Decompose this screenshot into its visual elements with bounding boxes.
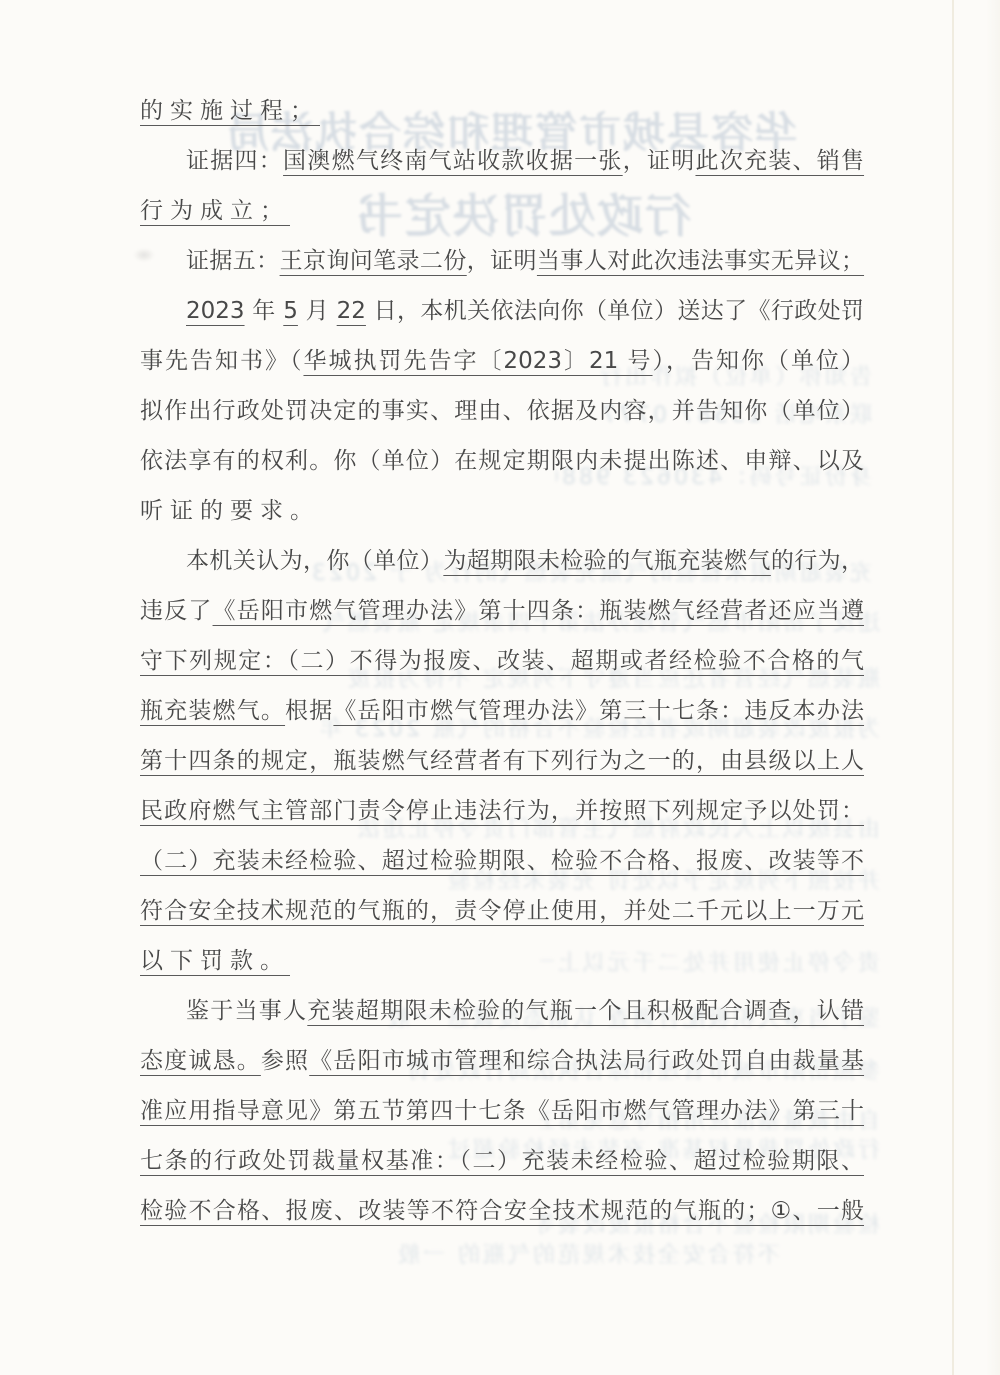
text-segment: 拟作出行政处罚决定的事实、理由、依据及内容，并告知你（单位）	[140, 398, 864, 424]
text-segment: 证据五：	[186, 248, 280, 274]
text-line: 证据五：王京询问笔录二份，证明当事人对此次违法事实无异议；	[140, 236, 864, 286]
scan-edge-line	[952, 0, 954, 1375]
document-text: 的实施过程；证据四：国澳燃气终南气站收款收据一张，证明此次充装、销售行为成立；证…	[140, 86, 864, 1236]
text-line: 违反了《岳阳市燃气管理办法》第十四条：瓶装燃气经营者还应当遵	[140, 586, 864, 636]
text-segment: 根据	[285, 698, 333, 724]
text-segment: ，证明	[623, 148, 696, 174]
underlined-text-segment: 守下列规定：（二）不得为报废、改装、超期或者经检验不合格的气	[140, 648, 864, 674]
text-line: 本机关认为，你（单位）为超期限未检验的气瓶充装燃气的行为，	[140, 536, 864, 586]
scanned-page: 华容县城市管理和综合执法局行政处罚决定书告知你（单位）拟作出行政处罚决定联系电话…	[0, 0, 1000, 1375]
text-line: 七条的行政处罚裁量权基准：（二）充装未经检验、超过检验期限、	[140, 1136, 864, 1186]
text-line: 2023 年 5 月 22 日，本机关依法向你（单位）送达了《行政处罚	[140, 286, 864, 336]
scan-smudge	[133, 248, 155, 262]
text-line: 态度诚恳。参照《岳阳市城市管理和综合执法局行政处罚自由裁量基	[140, 1036, 864, 1086]
underlined-text-segment: 充装超期限未检验的气瓶一个且积极配合调查，认错	[307, 998, 864, 1024]
underlined-text-segment: 王京询问笔录二份	[280, 248, 467, 274]
underlined-text-segment: 22	[337, 298, 366, 324]
text-line: 的实施过程；	[140, 86, 864, 136]
underlined-text-segment: 《岳阳市燃气管理办法》第十四条：瓶装燃气经营者还应当遵	[213, 598, 864, 624]
scan-edge-shade	[986, 0, 1000, 1375]
text-line: 以下罚款。	[140, 936, 864, 986]
underlined-text-segment: 符合安全技术规范的气瓶的，责令停止使用，并处二千元以上一万元	[140, 898, 864, 924]
underlined-text-segment: 5	[283, 298, 298, 324]
underlined-text-segment: 第十四条的规定，瓶装燃气经营者有下列行为之一的，由县级以上人	[140, 748, 864, 774]
text-line: 证据四：国澳燃气终南气站收款收据一张，证明此次充装、销售	[140, 136, 864, 186]
text-line: 行为成立；	[140, 186, 864, 236]
underlined-text-segment: 行为成立；	[140, 198, 290, 224]
text-line: 瓶充装燃气。根据《岳阳市燃气管理办法》第三十七条：违反本办法	[140, 686, 864, 736]
text-segment: 听证的要求。	[140, 498, 320, 524]
underlined-text-segment: 华城执罚先告字〔2023〕21 号	[303, 348, 652, 374]
underlined-text-segment: 准应用指导意见》第五节第四十七条《岳阳市燃气管理办法》第三十	[140, 1098, 864, 1124]
text-segment: 事先告知书》（	[140, 348, 303, 374]
underlined-text-segment: 检验不合格、报废、改装等不符合安全技术规范的气瓶的；①、一般	[140, 1198, 864, 1224]
underlined-text-segment: （二）充装未经检验、超过检验期限、检验不合格、报废、改装等不	[140, 848, 864, 874]
text-segment: 违反了	[140, 598, 213, 624]
underlined-text-segment: 当事人对此次违法事实无异议；	[537, 248, 864, 274]
underlined-text-segment: 国澳燃气终南气站收款收据一张	[283, 148, 623, 174]
text-segment: ），告知你（单位）	[653, 348, 864, 374]
text-line: 拟作出行政处罚决定的事实、理由、依据及内容，并告知你（单位）	[140, 386, 864, 436]
underlined-text-segment: 的实施过程；	[140, 98, 320, 124]
text-line: 听证的要求。	[140, 486, 864, 536]
text-line: 民政府燃气主管部门责令停止违法行为，并按照下列规定予以处罚：	[140, 786, 864, 836]
underlined-text-segment: 瓶充装燃气。	[140, 698, 285, 724]
underlined-text-segment: 态度诚恳。	[140, 1048, 261, 1074]
text-segment: 鉴于当事人	[186, 998, 307, 1024]
text-segment: 参照	[261, 1048, 309, 1074]
text-line: 第十四条的规定，瓶装燃气经营者有下列行为之一的，由县级以上人	[140, 736, 864, 786]
bleedthrough-line: 不符合安全技术规范的气瓶的 一般	[300, 1238, 780, 1269]
text-segment: 月	[298, 298, 337, 324]
text-line: 守下列规定：（二）不得为报废、改装、超期或者经检验不合格的气	[140, 636, 864, 686]
text-segment: ，证明	[467, 248, 537, 274]
underlined-text-segment: 此次充装、销售	[695, 148, 864, 174]
underlined-text-segment: 《岳阳市燃气管理办法》第三十七条：违反本办法	[333, 698, 864, 724]
text-line: 符合安全技术规范的气瓶的，责令停止使用，并处二千元以上一万元	[140, 886, 864, 936]
text-line: 事先告知书》（华城执罚先告字〔2023〕21 号），告知你（单位）	[140, 336, 864, 386]
underlined-text-segment: 民政府燃气主管部门责令停止违法行为，并按照下列规定予以处罚：	[140, 798, 864, 824]
text-segment: 日，本机关依法向你（单位）送达了《行政处罚	[366, 298, 864, 324]
text-segment: 的行为，	[771, 548, 864, 574]
text-segment: 本机关认为，你（单位）	[186, 548, 443, 574]
text-line: 准应用指导意见》第五节第四十七条《岳阳市燃气管理办法》第三十	[140, 1086, 864, 1136]
underlined-text-segment: 以下罚款。	[140, 948, 290, 974]
text-line: 依法享有的权利。你（单位）在规定期限内未提出陈述、申辩、以及	[140, 436, 864, 486]
text-line: （二）充装未经检验、超过检验期限、检验不合格、报废、改装等不	[140, 836, 864, 886]
underlined-text-segment: 为超期限未检验的气瓶充装燃气	[443, 548, 771, 574]
text-line: 鉴于当事人充装超期限未检验的气瓶一个且积极配合调查，认错	[140, 986, 864, 1036]
underlined-text-segment: 《岳阳市城市管理和综合执法局行政处罚自由裁量基	[309, 1048, 864, 1074]
text-line: 检验不合格、报废、改装等不符合安全技术规范的气瓶的；①、一般	[140, 1186, 864, 1236]
underlined-text-segment: 2023	[186, 298, 245, 324]
text-segment: 依法享有的权利。你（单位）在规定期限内未提出陈述、申辩、以及	[140, 448, 864, 474]
text-segment: 证据四：	[186, 148, 283, 174]
underlined-text-segment: 七条的行政处罚裁量权基准：（二）充装未经检验、超过检验期限、	[140, 1148, 864, 1174]
text-segment: 年	[245, 298, 284, 324]
